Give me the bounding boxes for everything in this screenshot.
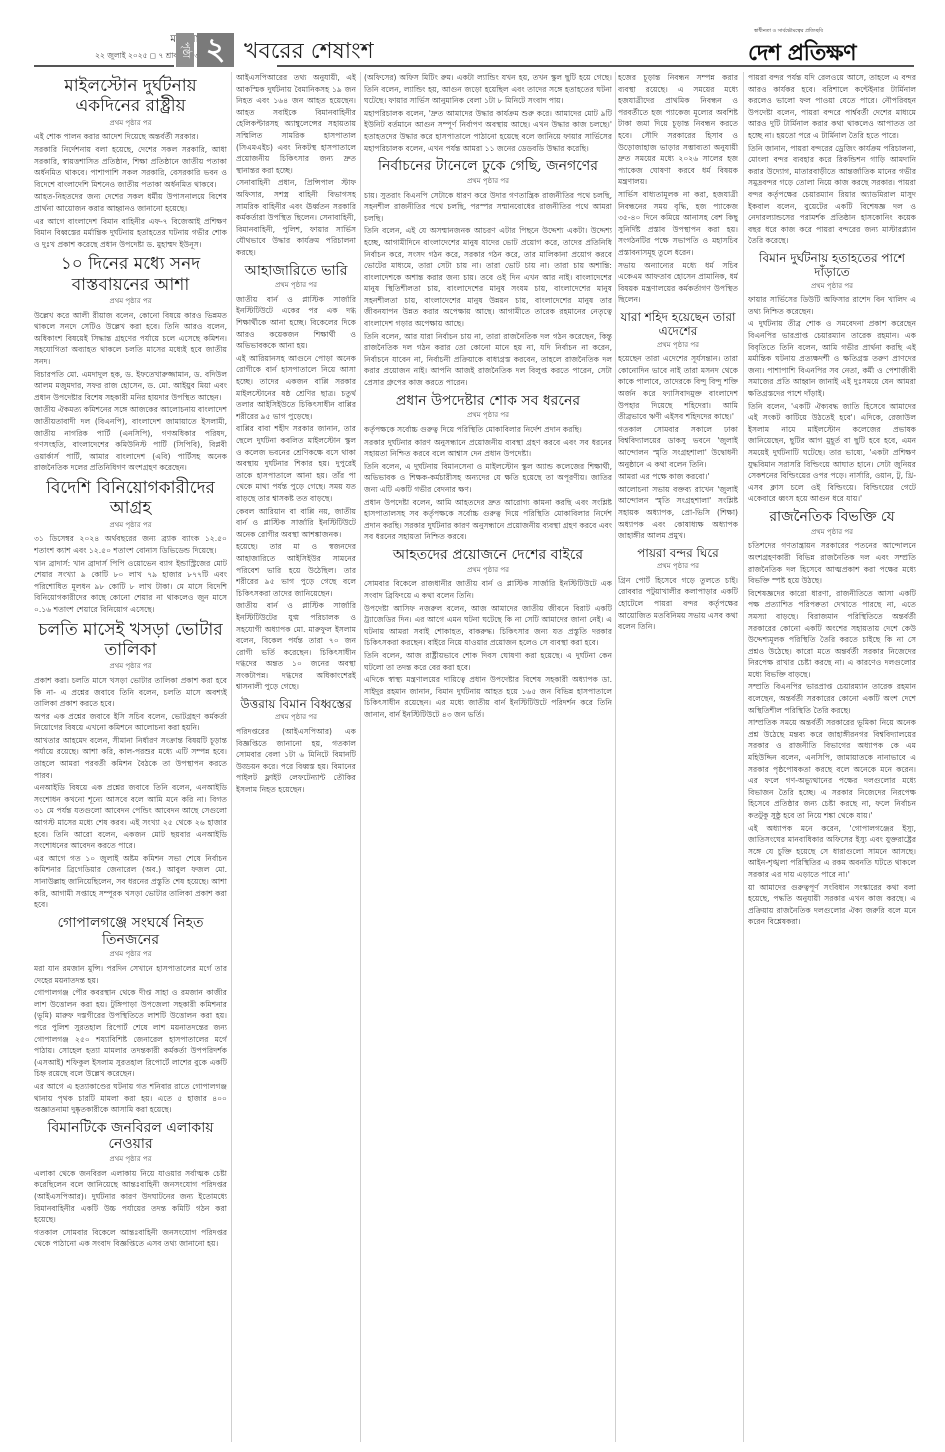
article-draft-voter-list: চলতি মাসেই খসড়া ভোটার তালিকা প্রথম পৃষ্…	[34, 620, 227, 911]
article-headline: বিমানটিকে জনবিরল এলাকায় নেওয়ার	[34, 1120, 227, 1154]
article-headline: যারা শহিদ হয়েছেন তারা এদেশের	[618, 310, 738, 339]
article-paragraph: এর আগে বাংলাদেশ বিমান বাহিনীর এফ-৭ বিজেআ…	[34, 216, 227, 251]
article-paragraph: জাতীয় ঐকমত্য কমিশনের সঙ্গে আজকের আলোচনা…	[34, 404, 227, 474]
article-headline: বিমান দুর্ঘটনায় হতাহতের পাশে দাঁড়াতে	[748, 251, 916, 280]
article-injured-abroad: আহতদের প্রয়োজনে দেশের বাইরে প্রথম পৃষ্ঠ…	[364, 547, 612, 721]
article-paragraph: পায়রা বন্দর পর্যন্ত যদি রেলওয়ে আসে, তা…	[748, 72, 916, 142]
article-paragraph: তিনি বলেন, এই যে অসম্মানজনক আচরণ এটার পি…	[364, 225, 612, 329]
article-headline: আহাজারিতে ভারি	[236, 263, 356, 280]
article-uttara-crash: উত্তরায় বিমান বিধ্বস্তের প্রথম পৃষ্ঠার …	[236, 697, 356, 796]
article-paragraph: হয়েছে। তার মা ও স্বজনদের আহাজারিতে আইসি…	[236, 541, 356, 599]
article-paragraph: জাতীয় বার্ন ও প্লাস্টিক সার্জারি ইনস্টি…	[236, 294, 356, 352]
article-paragraph: পরিদপ্তরের (আইএসপিআর) এক বিজ্ঞপ্তিতে জান…	[236, 726, 356, 796]
article-paragraph: তিনি জানান, পায়রা বন্দরের ড্রেজিং কার্য…	[748, 143, 916, 247]
article-paragraph: সোমবার বিকেলে রাজধানীর জাতীয় বার্ন ও প্…	[364, 578, 612, 601]
article-paragraph: সার্ভিস বাধ্যতামূলক না করা, হজযাত্রী নিব…	[618, 189, 738, 259]
article-headline: নির্বাচনের টানেলে ঢুকে গেছি, জনগণের	[364, 158, 612, 175]
continued-label: প্রথম পৃষ্ঠার পর	[748, 281, 916, 293]
continued-label: প্রথম পৃষ্ঠার পর	[34, 661, 227, 673]
column-3: (অফিসের) অফিস মিটিং রুম। একটা ল্যান্ডিং …	[364, 72, 612, 1442]
article-paragraph: (অফিসের) অফিস মিটিং রুম। একটা ল্যান্ডিং …	[364, 72, 612, 107]
column-divider	[231, 72, 232, 1442]
article-headline: মাইলস্টোন দুর্ঘটনায় একদিনের রাষ্ট্রীয়	[34, 76, 227, 117]
page-label: পৃষ্ঠা	[176, 33, 194, 67]
article-chief-adviser-mourning: প্রধান উপদেষ্টার শোক সব ধরনের প্রথম পৃষ্…	[364, 393, 612, 543]
article-headline: চলতি মাসেই খসড়া ভোটার তালিকা	[34, 620, 227, 661]
article-paragraph: আহত-নিহতদের জন্য দেশের সকল ধর্মীয় উপাসন…	[34, 191, 227, 214]
article-paragraph: উপদেষ্টা আসিফ নজরুল বলেন, আজ আমাদের জাতী…	[364, 603, 612, 649]
article-paragraph: চতিশদের গণতান্ত্রায়ন সরকারের পতনের আন্দ…	[748, 540, 916, 586]
article-paragraph: হজের চূড়ান্ত নিবন্ধন সম্পন্ন করার ব্যবস…	[618, 72, 738, 188]
article-paragraph: য়া আমাদের গুরুত্বপূর্ণ সংবিধান সংস্কারে…	[748, 882, 916, 928]
article-paragraph: বিচারপতি মো. এমদাদুল হক, ড. ইফতেখারুজ্জা…	[34, 369, 227, 404]
article-paragraph: জাতীয় বার্ন ও প্লাস্টিক সার্জারি ইনস্টি…	[236, 600, 356, 693]
article-paragraph: গোপালগঞ্জ পৌর কবরস্থান থেকে দীপ্ত সাহা ও…	[34, 987, 227, 1080]
article-headline: উত্তরায় বিমান বিধ্বস্তের	[236, 697, 356, 711]
article-paragraph: তিনি বলেন, 'একটি ঐক্যবদ্ধ জাতি হিসেবে আম…	[748, 401, 916, 505]
article-paragraph: গতকাল সোমবার সকালে ঢাকা বিশ্ববিদ্যালয়ের…	[618, 424, 738, 470]
article-payra-port: পায়রা বন্দর ঘিরে প্রথম পৃষ্ঠার পর গ্রিন…	[618, 546, 738, 633]
article-paragraph: এনআইডি বিষয়ে এক প্রশ্নের জবাবে তিনি বলে…	[34, 782, 227, 852]
article-milestone-mourning: মাইলস্টোন দুর্ঘটনায় একদিনের রাষ্ট্রীয় …	[34, 76, 227, 250]
continued-label: প্রথম পৃষ্ঠার পর	[34, 520, 227, 532]
column-2: আইএসপিআরের তথ্য অনুযায়ী, এই আকস্মিক দুর…	[236, 72, 356, 1442]
article-paragraph: এলাকা থেকে জনবিরল এলাকায় নিয়ে যাওয়ার …	[34, 1168, 227, 1226]
article-paragraph: আখতার আহমেদ বলেন, সীমানা নির্ধারণ সংক্রা…	[34, 735, 227, 781]
article-political-division: রাজনৈতিক বিভক্তি যে প্রথম পৃষ্ঠার পর চতি…	[748, 509, 916, 928]
article-paragraph: এই অধ্যাপক মনে করেন, 'গোপালগঞ্জের ইস্যু,…	[748, 823, 916, 881]
article-paragraph: মরা যান রমজান মুন্সি। পরদিন সেখানে হাসপা…	[34, 963, 227, 986]
page-number: ২	[197, 33, 234, 67]
article-paragraph: উল্লেখ করে আলী রীয়াজ বলেন, কোনো বিষয়ে …	[34, 310, 227, 368]
brand-tagline: স্বাধীনতা ও সার্বভৌমত্বের প্রতিচ্ছবি	[754, 28, 856, 36]
article-paragraph: ফায়ার সার্ভিসের ডিউটি অফিসার রাশেদ বিন …	[748, 294, 916, 317]
continued-label: প্রথম পৃষ্ঠার পর	[364, 565, 612, 577]
article-charter-10-days: ১০ দিনের মধ্যে সনদ বাস্তবায়নের আশা প্রথ…	[34, 254, 227, 474]
article-paragraph: গতকাল সোমবার বিকেলে আন্তঃবাহিনী জনসংযোগ …	[34, 1227, 227, 1250]
article-paragraph: প্রকাশ করা। চলতি মাসে খসড়া ভোটার তালিকা…	[34, 675, 227, 710]
article-headline: গোপালগঞ্জে সংঘর্ষে নিহত তিনজনের	[34, 915, 227, 949]
brand-name: দেশ প্রতিক্ষণ	[748, 40, 856, 66]
article-foreign-investors: বিদেশি বিনিয়োগকারীদের আগ্রহ প্রথম পৃষ্ঠ…	[34, 478, 227, 616]
continued-label: প্রথম পৃষ্ঠার পর	[34, 949, 227, 961]
article-stand-by-victims: বিমান দুর্ঘটনায় হতাহতের পাশে দাঁড়াতে প…	[748, 251, 916, 505]
continued-label: প্রথম পৃষ্ঠার পর	[364, 410, 612, 422]
article-paragraph: অপর এক প্রশ্নের জবাবে ইসি সচিব বলেন, ভোট…	[34, 711, 227, 734]
article-paragraph: ৩১ ডিসেম্বর ২০২৪ অর্থবছরের জন্য ব্র্যাক …	[34, 533, 227, 556]
article-gopalganj-clash: গোপালগঞ্জে সংঘর্ষে নিহত তিনজনের প্রথম পৃ…	[34, 915, 227, 1116]
article-paragraph: গ্রিন পোর্ট হিসেবে গড়ে তুলতে চাই। রোববা…	[618, 575, 738, 633]
article-plane-diverted: বিমানটিকে জনবিরল এলাকায় নেওয়ার প্রথম প…	[34, 1120, 227, 1250]
article-paragraph: চায়। সুতরাং বিএনপি সেটাকে ধারণ করে উদার…	[364, 190, 612, 225]
continued-label: প্রথম পৃষ্ঠার পর	[618, 561, 738, 573]
article-paragraph: কর্তৃপক্ষকে সর্বোচ্চ গুরুত্ব দিয়ে পরিস্…	[364, 424, 612, 436]
column-divider	[743, 72, 744, 1442]
masthead-rule-left	[34, 65, 174, 67]
article-paragraph: তিনি বলেন, আর যারা নির্বাচন চায় না, তার…	[364, 331, 612, 389]
article-paragraph: এই শোক পালন করার আদেশ দিয়েছে অন্তর্বর্ত…	[34, 131, 227, 143]
article-paragraph: বাপ্পির বাবা শহীদ সরকার জানান, তার ছেলে …	[236, 423, 356, 504]
article-paragraph: মহাপরিচালক বলেন, 'দ্রুত আমাদের উদ্ধার কা…	[364, 108, 612, 154]
continued-label: প্রথম পৃষ্ঠার পর	[618, 340, 738, 352]
article-martyrs: যারা শহিদ হয়েছেন তারা এদেশের প্রথম পৃষ্…	[618, 310, 738, 542]
column-5: পায়রা বন্দর পর্যন্ত যদি রেলওয়ে আসে, তা…	[748, 72, 916, 1442]
article-headline: রাজনৈতিক বিভক্তি যে	[748, 509, 916, 526]
article-paragraph: সভায় অন্যান্যের মধ্যে ধর্ম সচিব একেএম আ…	[618, 260, 738, 306]
column-divider	[615, 72, 616, 1442]
article-paragraph: তিনি বলেন, এ দুর্ঘটনায় বিমানসেনা ও মাইল…	[364, 461, 612, 496]
article-paragraph: সম্প্রতি বিএনপির ভারপ্রাপ্ত চেয়ারম্যান …	[748, 681, 916, 716]
article-wailing-heavy: আহাজারিতে ভারি প্রথম পৃষ্ঠার পর জাতীয় ব…	[236, 263, 356, 694]
column-4: হজের চূড়ান্ত নিবন্ধন সম্পন্ন করার ব্যবস…	[618, 72, 738, 1442]
article-paragraph: হয়েছেন তারা এদেশের সূর্যসন্তান। তারা কো…	[618, 353, 738, 423]
article-headline: ১০ দিনের মধ্যে সনদ বাস্তবায়নের আশা	[34, 254, 227, 295]
continued-label: প্রথম পৃষ্ঠার পর	[236, 280, 356, 292]
column-divider	[360, 72, 361, 1442]
article-election-tunnel: নির্বাচনের টানেলে ঢুকে গেছি, জনগণের প্রথ…	[364, 158, 612, 388]
masthead: মঙ্গলবার ২২ জুলাই ২০২৫ ◻ ৭ শ্রাবণ ১৪৩২ প…	[34, 28, 914, 66]
article-paragraph: এদিকে স্বাস্থ্য মন্ত্রণালয়ের দায়িত্বে …	[364, 674, 612, 720]
newspaper-logo: স্বাধীনতা ও সার্বভৌমত্বের প্রতিচ্ছবি দেশ…	[748, 28, 856, 73]
article-paragraph: আলোচনা সভায় বক্তব্য রাখেন 'জুলাই আন্দোল…	[618, 484, 738, 542]
continued-label: প্রথম পৃষ্ঠার পর	[748, 527, 916, 539]
article-paragraph: আমরা এর পক্ষে কাজ করবো।'	[618, 471, 738, 483]
continued-label: প্রথম পৃষ্ঠার পর	[364, 176, 612, 188]
article-headline: আহতদের প্রয়োজনে দেশের বাইরে	[364, 547, 612, 564]
article-paragraph: সরকার দুর্ঘটনার কারণ অনুসন্ধানে প্রয়োজন…	[364, 437, 612, 460]
article-paragraph: সাম্প্রতিক সময়ে অন্তর্বর্তী সরকারের ভূম…	[748, 717, 916, 821]
continued-label: প্রথম পৃষ্ঠার পর	[34, 1154, 227, 1166]
article-paragraph: খান ব্রাদার্স: খান ব্রাদার্স পিপি ওয়োভে…	[34, 558, 227, 616]
continued-label: প্রথম পৃষ্ঠার পর	[34, 296, 227, 308]
article-paragraph: এ দুর্ঘটনায় তীব্র শোক ও সমবেদনা প্রকাশ …	[748, 318, 916, 399]
article-paragraph: কেবল আরিয়ান বা বাপ্পি নয়, জাতীয় বার্ন…	[236, 506, 356, 541]
article-headline: প্রধান উপদেষ্টার শোক সব ধরনের	[364, 393, 612, 410]
article-paragraph: সরকারি নির্দেশনায় বলা হয়েছে, দেশের সকল…	[34, 144, 227, 190]
article-headline: বিদেশি বিনিয়োগকারীদের আগ্রহ	[34, 478, 227, 519]
article-paragraph: এর আগে এ হত্যাকাণ্ডের ঘটনায় গত শনিবার র…	[34, 1081, 227, 1116]
article-paragraph: আইএসপিআরের তথ্য অনুযায়ী, এই আকস্মিক দুর…	[236, 72, 356, 176]
article-paragraph: বিশেষজ্ঞদের কারো ধারণা, রাজনীতিতে আসা এক…	[748, 588, 916, 681]
article-paragraph: প্রধান উপদেষ্টা বলেন, আমি আহতদের দ্রুত আ…	[364, 497, 612, 543]
article-paragraph: এই আরিয়ানসহ আগুনে পোড়া অনেক রোগীকে বার…	[236, 353, 356, 423]
article-paragraph: তিনি বলেন, আজ রাষ্ট্রীয়ভাবে শোক দিবস ঘো…	[364, 650, 612, 673]
article-headline: পায়রা বন্দর ঘিরে	[618, 546, 738, 560]
continued-label: প্রথম পৃষ্ঠার পর	[34, 118, 227, 130]
newspaper-page: মঙ্গলবার ২২ জুলাই ২০২৫ ◻ ৭ শ্রাবণ ১৪৩২ প…	[0, 0, 945, 1452]
article-paragraph: এর আগে গত ১০ জুলাই অষ্টম কমিশন সভা শেষে …	[34, 853, 227, 911]
column-1: মাইলস্টোন দুর্ঘটনায় একদিনের রাষ্ট্রীয় …	[34, 72, 227, 1442]
article-paragraph: সেনাবাহিনী প্রধান, প্রিন্সিপাল স্টাফ অফি…	[236, 177, 356, 258]
continued-label: প্রথম পৃষ্ঠার পর	[236, 712, 356, 724]
